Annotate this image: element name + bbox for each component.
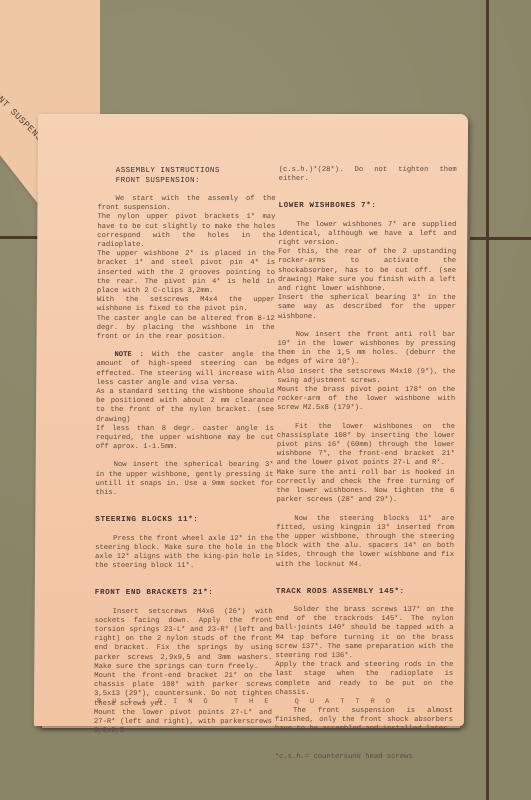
paragraph: Now insert the spherical bearing 3* in t… [95,461,273,498]
page-footer: BUILDING THE QUATTRO [34,698,464,706]
section-heading: LOWER WISHBONES 7*: [278,202,456,211]
paragraph: Now insert the front anti roll bar 10* i… [277,331,455,368]
paragraph: Make sure the anti roll bar is hooked in… [276,469,454,506]
paragraph: With the setscrews M4x4 the upper wishbo… [97,296,275,314]
spacer [278,322,456,331]
right-column: (c.s.h.)*(28*). Do not tighten them eith… [275,166,457,762]
paragraph: Insert setscrews M4x6 (26*) with sockets… [94,608,272,672]
paragraph: If less than 8 degr. caster angle is req… [96,425,274,453]
left-column: ASSEMBLY INSTRUCTIONS FRONT SUSPENSION: … [94,166,276,736]
section-heading: FRONT END BRACKETS 21*: [95,589,273,598]
paragraph: For this, the rear of the 2 upstanding r… [278,248,456,294]
spacer [278,212,456,221]
tile-grout-line [486,0,489,800]
paragraph: The nylon upper pivot brackets 1* may ha… [97,213,275,250]
paragraph: Fit the lower wishbones on the chassispl… [277,423,455,469]
tile-grout-line [470,237,531,240]
paragraph: Also insert the setscrews M4x10 (9*), th… [277,368,455,386]
paragraph: Mount the lower pivot points 27-L* and 2… [94,709,272,737]
paragraph: We start with the assemly of the front s… [97,195,275,213]
paragraph: The upper wishbone 2* is placed in the b… [97,250,275,296]
paragraph: As a standard setting the wishbone shoul… [96,388,274,425]
paragraph: The caster angle can be altered from 8-1… [97,315,275,343]
spacer [275,735,453,753]
spacer [95,571,273,589]
spacer [96,342,274,351]
page-subtitle: FRONT SUSPENSION: [116,176,276,186]
spacer [95,526,273,535]
spacer [276,570,454,588]
note-paragraph: NOTE : With the caster angle the amount … [96,351,274,388]
spacer [95,498,273,516]
spacer [276,597,454,606]
spacer [96,452,274,461]
paragraph: Mount the brass pivot point 178* on the … [277,386,455,414]
paragraph: Now the steering blocks 11* are fitted, … [276,515,454,570]
instruction-page: ASSEMBLY INSTRUCTIONS FRONT SUSPENSION: … [34,114,468,726]
paragraph: Apply the track and steering rods in the… [275,661,453,698]
spacer [276,506,454,515]
paragraph: Solder the brass screws 137* on the end … [275,606,453,661]
paragraph: The front suspension is almost finished,… [275,707,453,735]
paragraph: Insert the spherical bearing 3* in the s… [278,294,456,322]
section-heading: STEERING BLOCKS 11*: [95,516,273,525]
spacer [279,184,457,202]
paragraph: Press the front wheel axle 12* in the st… [95,535,273,572]
paragraph: (c.s.h.)*(28*). Do not tighten them eith… [279,166,457,184]
page-title: ASSEMBLY INSTRUCTIONS [116,166,276,176]
note-label: NOTE : [114,351,144,359]
paragraph: The lower wishbones 7* are supplied iden… [278,221,456,249]
spacer [277,414,455,423]
paragraph: *c.s.h.= countersunk head screws [275,753,453,762]
section-heading: TRACK RODS ASSEMBLY 145*: [276,588,454,597]
spacer [95,599,273,608]
